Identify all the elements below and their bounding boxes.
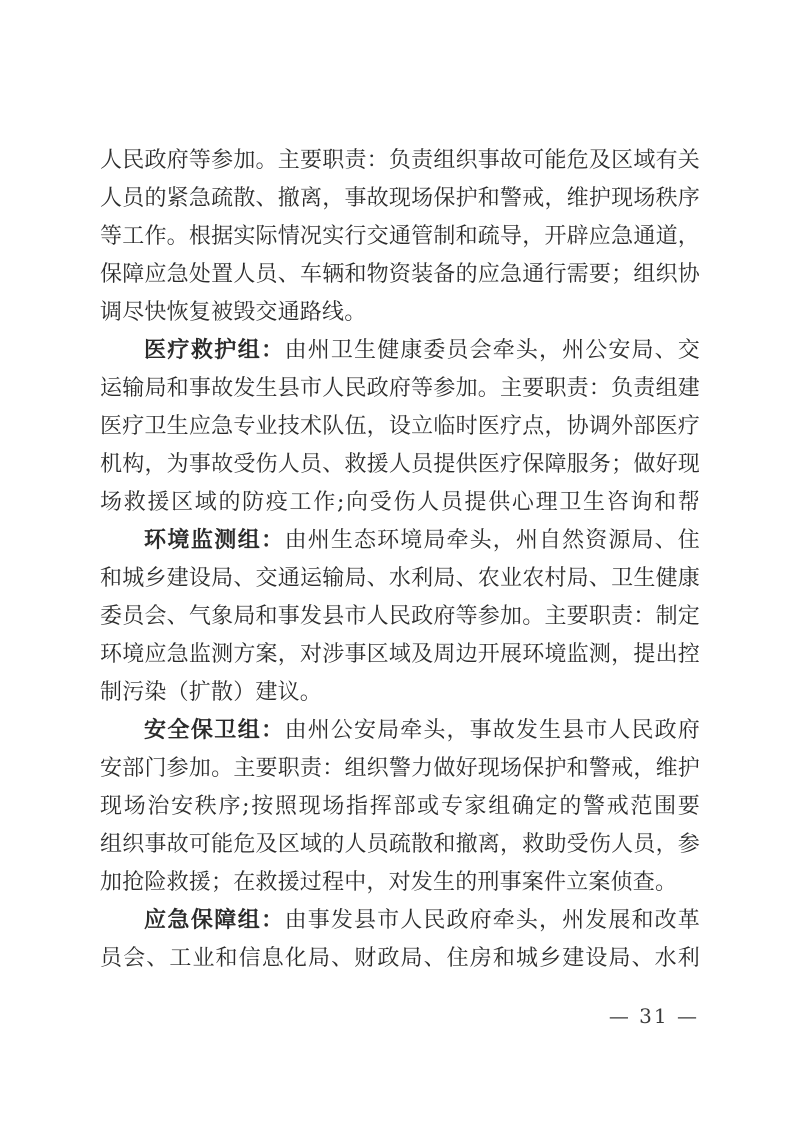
- paragraph-security-group: 安全保卫组：由州公安局牵头，事故发生县市人民政府公安部门参加。主要职责：组织警力…: [100, 712, 700, 902]
- paragraph-environment-monitoring-group: 环境监测组：由州生态环境局牵头，州自然资源局、住房和城乡建设局、交通运输局、水利…: [100, 522, 700, 712]
- text-line: 调尽快恢复被毁交通路线。: [100, 294, 700, 332]
- paragraph-emergency-support-group: 应急保障组：由事发县市人民政府牵头，州发展和改革委员会、工业和信息化局、财政局、…: [100, 902, 700, 978]
- text-line: 和城乡建设局、交通运输局、水利局、农业农村局、卫生健康: [100, 560, 700, 598]
- text-line: 保障应急处置人员、车辆和物资装备的应急通行需要；组织协: [100, 256, 700, 294]
- text-line: 等工作。根据实际情况实行交通管制和疏导，开辟应急通道，: [100, 218, 700, 256]
- text-line: 人民政府等参加。主要职责：负责组织事故可能危及区域有关: [100, 142, 700, 180]
- text-line: 员会、工业和信息化局、财政局、住房和城乡建设局、水利局、: [100, 940, 700, 978]
- text-line: 安全保卫组：由州公安局牵头，事故发生县市人民政府公: [100, 712, 700, 750]
- text-line: 医疗救护组：由州卫生健康委员会牵头，州公安局、交通: [100, 332, 700, 370]
- paragraph-traffic-control-continuation: 人民政府等参加。主要职责：负责组织事故可能危及区域有关人员的紧急疏散、撤离，事故…: [100, 142, 700, 332]
- paragraph-lead: 医疗救护组：: [144, 338, 285, 363]
- text-line: 环境监测组：由州生态环境局牵头，州自然资源局、住房: [100, 522, 700, 560]
- text-line: 现场治安秩序;按照现场指挥部或专家组确定的警戒范围要求，: [100, 788, 700, 826]
- text-line: 委员会、气象局和事发县市人民政府等参加。主要职责：制定: [100, 598, 700, 636]
- text-line: 制污染（扩散）建议。: [100, 674, 700, 712]
- paragraph-lead: 环境监测组：: [144, 528, 285, 553]
- text-line: 人员的紧急疏散、撤离，事故现场保护和警戒，维护现场秩序: [100, 180, 700, 218]
- page-number: — 31 —: [609, 1002, 699, 1030]
- text-line: 运输局和事故发生县市人民政府等参加。主要职责：负责组建: [100, 370, 700, 408]
- text-line: 场救援区域的防疫工作;向受伤人员提供心理卫生咨询和帮助。: [100, 484, 700, 522]
- text-line: 医疗卫生应急专业技术队伍，设立临时医疗点，协调外部医疗: [100, 408, 700, 446]
- text-line: 环境应急监测方案，对涉事区域及周边开展环境监测，提出控: [100, 636, 700, 674]
- document-body: 人民政府等参加。主要职责：负责组织事故可能危及区域有关人员的紧急疏散、撤离，事故…: [100, 142, 700, 978]
- paragraph-lead: 应急保障组：: [144, 908, 285, 933]
- text-line: 组织事故可能危及区域的人员疏散和撤离，救助受伤人员，参: [100, 826, 700, 864]
- text-line: 安部门参加。主要职责：组织警力做好现场保护和警戒，维护: [100, 750, 700, 788]
- text-line: 加抢险救援；在救援过程中，对发生的刑事案件立案侦查。: [100, 864, 700, 902]
- paragraph-lead: 安全保卫组：: [144, 718, 285, 743]
- text-line: 机构，为事故受伤人员、救援人员提供医疗保障服务；做好现: [100, 446, 700, 484]
- paragraph-medical-rescue-group: 医疗救护组：由州卫生健康委员会牵头，州公安局、交通运输局和事故发生县市人民政府等…: [100, 332, 700, 522]
- document-page: 人民政府等参加。主要职责：负责组织事故可能危及区域有关人员的紧急疏散、撤离，事故…: [0, 0, 793, 1122]
- text-line: 应急保障组：由事发县市人民政府牵头，州发展和改革委: [100, 902, 700, 940]
